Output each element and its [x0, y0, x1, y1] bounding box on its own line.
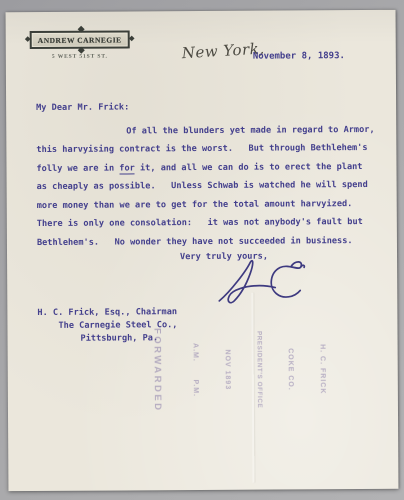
scan-background: ANDREW CARNEGIE 5 WEST 51ST ST. New York…: [0, 0, 404, 500]
received-stamp-text: H. C. FRICK COKE CO. PRESIDENT'S OFFICE …: [237, 306, 348, 433]
letter-paper: ANDREW CARNEGIE 5 WEST 51ST ST. New York…: [6, 10, 399, 491]
typed-line: more money than we are to get for the to…: [37, 194, 382, 215]
signature: [215, 254, 320, 309]
letterhead-address: 5 WEST 51ST ST.: [30, 53, 130, 60]
underlined-word: for: [119, 163, 135, 174]
typed-line: There is only one consolation: it was no…: [37, 213, 382, 234]
letterhead-banner: ANDREW CARNEGIE: [30, 30, 130, 49]
ornament-diamond-icon: [78, 26, 85, 33]
stamp-line: H. C. FRICK: [316, 306, 327, 432]
typed-segment: it, and all we can do is to erect the pl…: [135, 162, 363, 173]
dateline-typed-date: November 8, 1893.: [253, 51, 345, 62]
stamp-line: PRESIDENT'S OFFICE: [254, 307, 264, 433]
stamp-line: COKE CO.: [284, 306, 295, 432]
ornament-diamond-icon: [129, 36, 135, 42]
typed-line: this harvyising contract is the worst. B…: [36, 139, 381, 160]
letter-body: My Dear Mr. Frick: Of all the blunders y…: [36, 97, 382, 252]
stamp-date-line: NOV 1893: [220, 307, 231, 433]
ornament-diamond-icon: [25, 36, 31, 42]
typed-line: Bethlehem's. No wonder they have not suc…: [37, 231, 382, 252]
letterhead: ANDREW CARNEGIE 5 WEST 51ST ST.: [30, 30, 130, 60]
typed-segment: folly we are in: [36, 163, 119, 174]
typed-line: Of all the blunders yet made in regard t…: [36, 120, 381, 141]
ornament-diamond-icon: [78, 47, 85, 54]
received-stamp: H. C. FRICK COKE CO. PRESIDENT'S OFFICE …: [237, 306, 348, 433]
typed-line: as cheaply as possible. Unless Schwab is…: [37, 176, 382, 197]
salutation: My Dear Mr. Frick:: [36, 97, 381, 118]
letterhead-name: ANDREW CARNEGIE: [38, 35, 122, 45]
stamp-ampm-line: A.M. P.M.: [189, 307, 200, 433]
typed-line: folly we are in for it, and all we can d…: [36, 157, 381, 178]
stamp-forwarded-line: FORWARDED: [149, 307, 164, 433]
